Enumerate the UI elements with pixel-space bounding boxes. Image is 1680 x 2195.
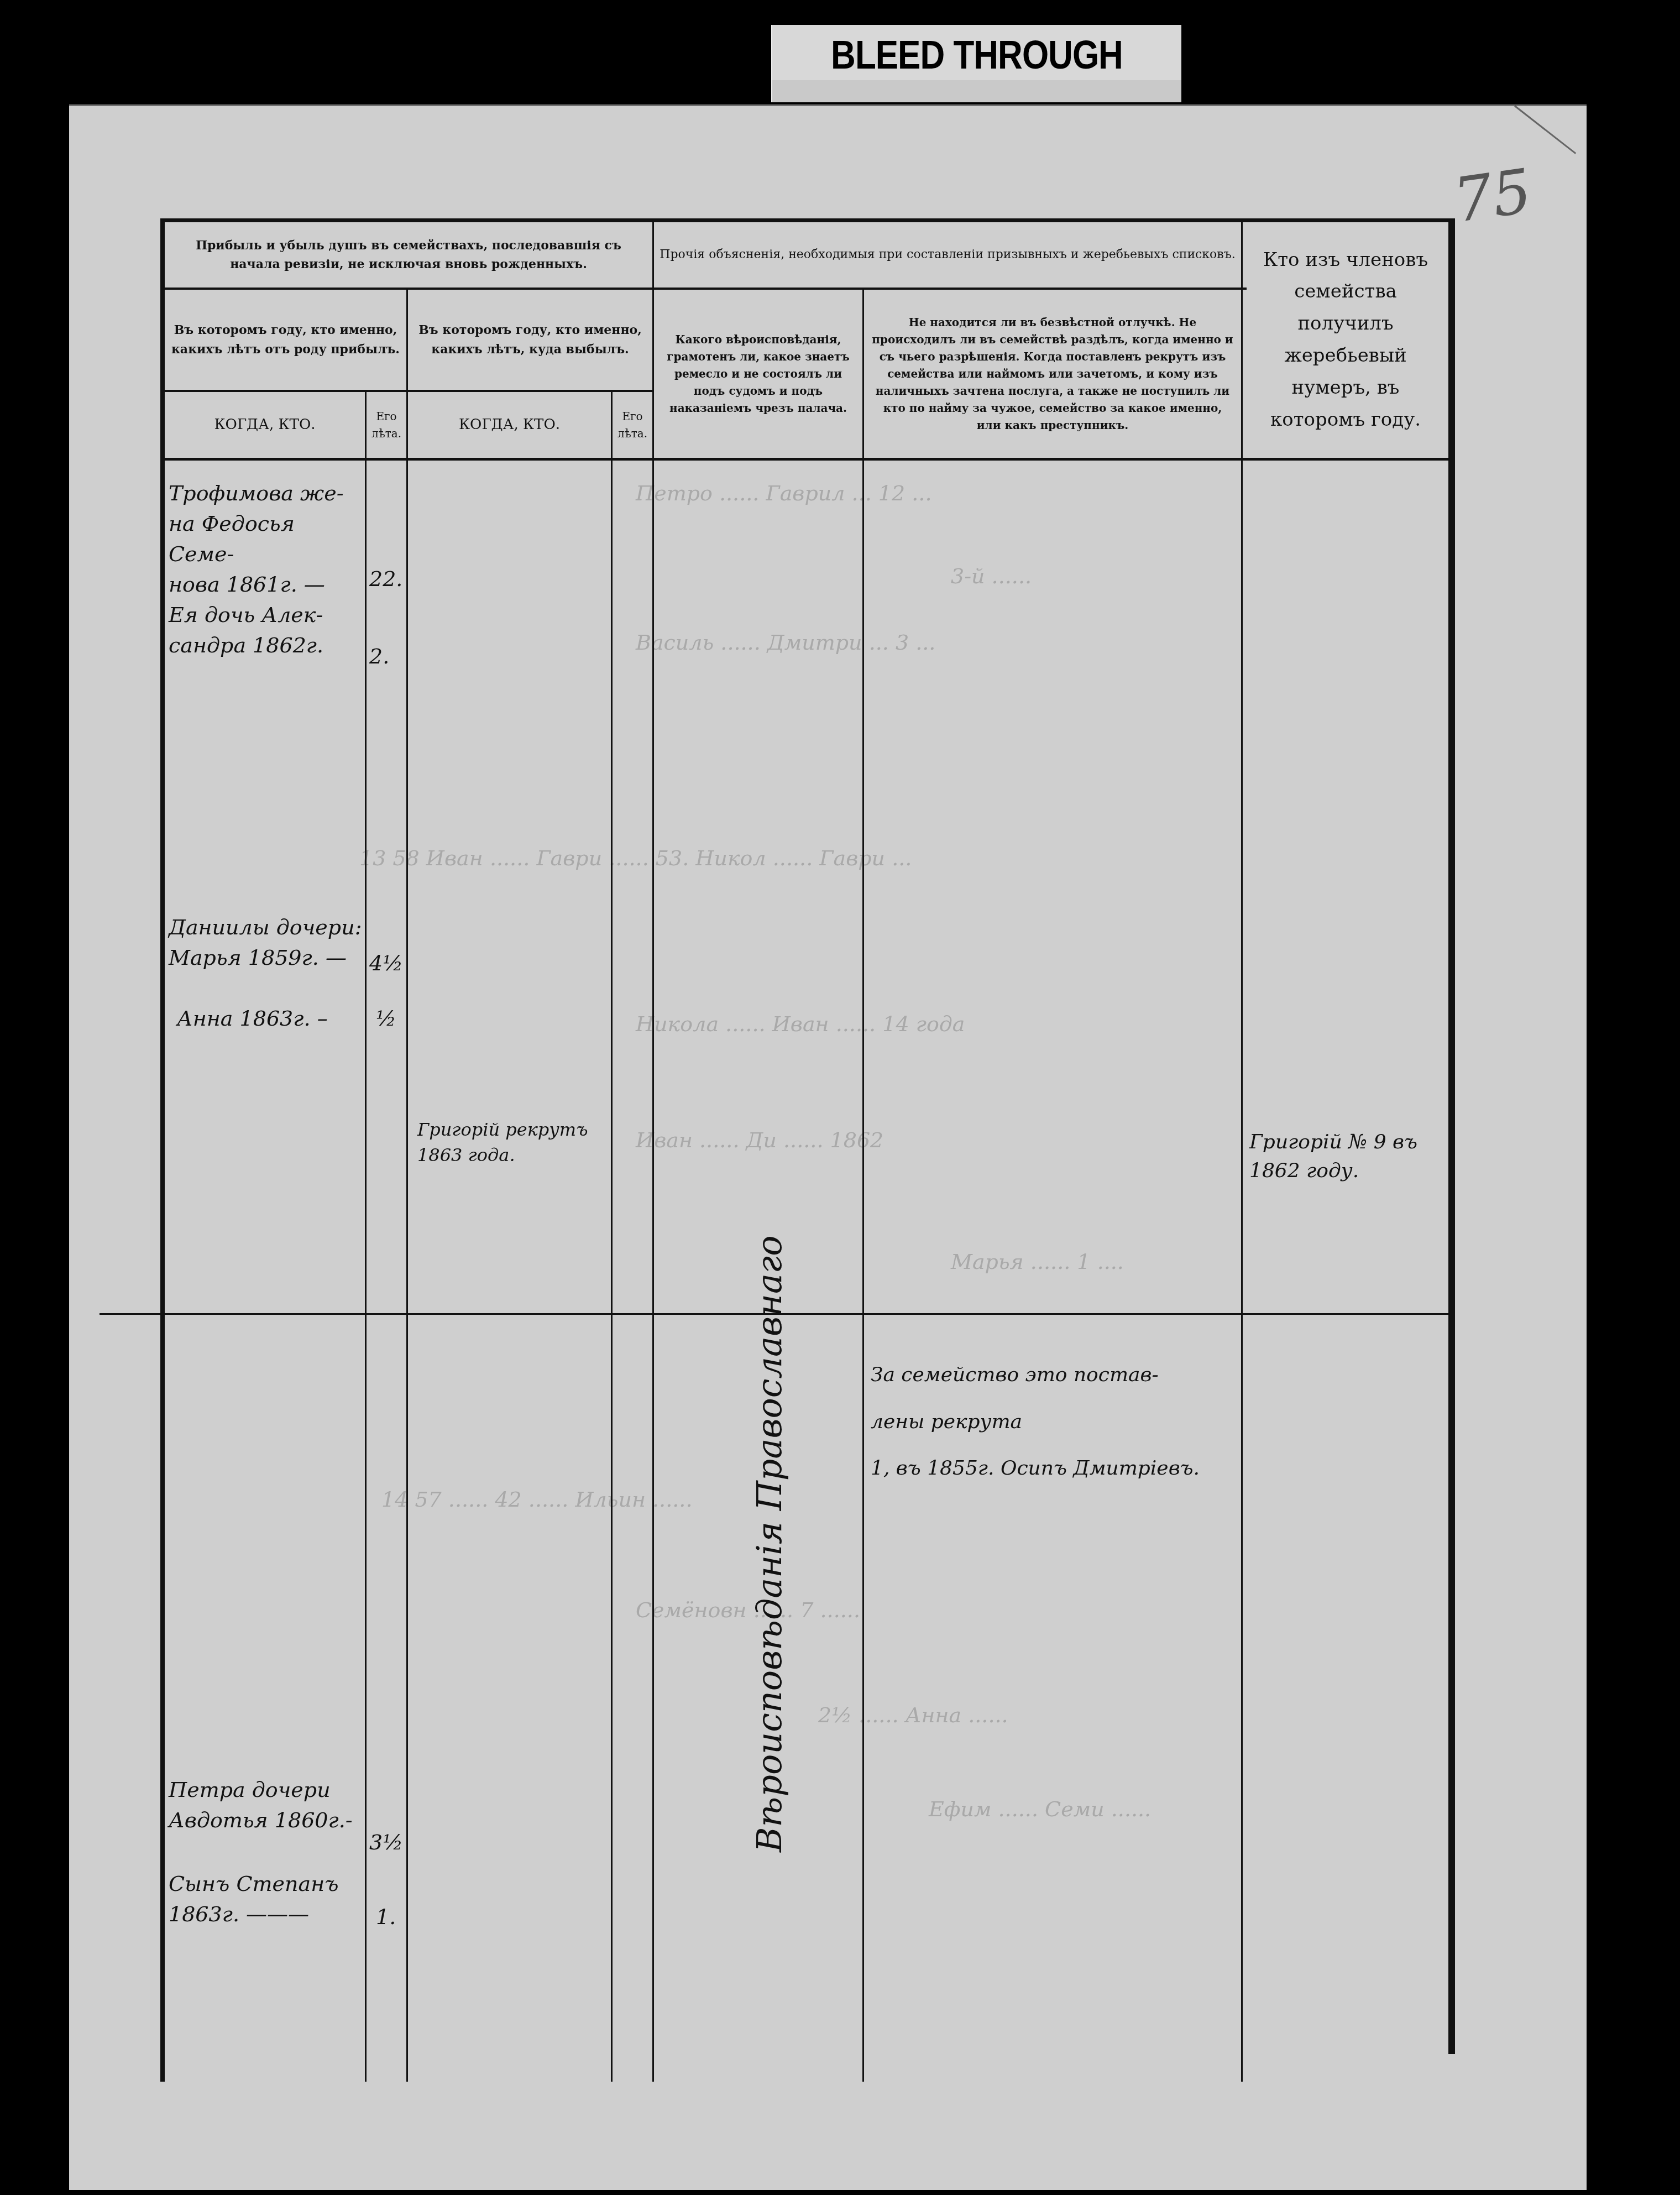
bleed-line: Семёновн ...... 7 ...... — [636, 1598, 860, 1622]
arrived-entry: Трофимова же- на Федосья Семе- нова 1861… — [169, 478, 365, 600]
arrived-age: 2. — [369, 644, 389, 668]
arrived-entry: Анна 1863г. – — [177, 1004, 365, 1034]
arrived-age: ½ — [376, 1006, 396, 1031]
bleed-line: Петро ...... Гаврил ... 12 ... — [636, 481, 932, 505]
header-when-who-departed: КОГДА, КТО. — [408, 392, 611, 458]
arrived-entry: Даниилы дочери: Марья 1859г. — — [169, 912, 365, 973]
bleed-line: 2½ ...... Анна ...... — [818, 1703, 1008, 1727]
header-age-departed: Его лѣта. — [613, 392, 652, 458]
arrived-age: 1. — [376, 1905, 396, 1929]
column-line — [862, 288, 864, 2082]
table-top-border — [160, 218, 1454, 222]
header-bottom-line — [160, 458, 1454, 461]
arrived-entry: Сынъ Степанъ 1863г. ——— — [169, 1869, 365, 1930]
arrived-age: 22. — [369, 567, 402, 591]
bleed-line: 13 58 Иван ...... Гаври ...... 53. Никол… — [359, 846, 912, 870]
header-age-arrived: Его лѣта. — [367, 392, 406, 458]
table-left-border — [160, 218, 165, 2082]
label-card-shadow — [772, 80, 1181, 102]
lottery-entry: Григорій № 9 въ 1862 году. — [1249, 1128, 1448, 1185]
arrived-age: 3½ — [369, 1830, 403, 1854]
bleed-line: Ефим ...... Семи ...... — [929, 1797, 1151, 1821]
arrived-entry: Ея дочь Алек- сандра 1862г. — [169, 600, 365, 661]
absence-note: За семейство это постав- лены рекрута 1,… — [871, 1352, 1252, 1492]
header-religion: Какого вѣроисповѣданія, грамотенъ ли, ка… — [654, 290, 862, 458]
arrived-entry: Петра дочери Авдотья 1860г.- — [169, 1775, 365, 1836]
header-lottery: Кто изъ членовъ семейства получилъ жереб… — [1243, 222, 1448, 458]
header-when-who-arrived: КОГДА, КТО. — [165, 392, 365, 458]
table-right-border — [1448, 218, 1455, 2054]
archive-label-text: BLEED THROUGH — [772, 33, 1181, 79]
bleed-line: Василь ...... Дмитри ... 3 ... — [636, 630, 935, 655]
header-arrived: Въ которомъ году, кто именно, какихъ лѣт… — [165, 290, 406, 390]
bleed-line: Иван ...... Ди ...... 1862 — [636, 1128, 883, 1152]
bleed-line: Никола ...... Иван ...... 14 года — [636, 1012, 965, 1036]
column-line — [611, 390, 613, 2082]
header-absence: Не находится ли въ безвѣстной отлучкѣ. Н… — [864, 290, 1241, 458]
bleed-line: 14 57 ...... 42 ...... Ильин ...... — [381, 1487, 693, 1512]
header-other-explanations: Прочія объясненія, необходимыя при соста… — [654, 222, 1241, 288]
header-departed: Въ которомъ году, кто именно, какихъ лѣт… — [408, 290, 652, 390]
header-gain-loss: Прибыль и убыль душъ въ семействахъ, пос… — [165, 222, 652, 288]
bleed-line: Марья ...... 1 .... — [951, 1250, 1124, 1274]
bleed-line: 3-й ...... — [951, 564, 1032, 588]
departed-entry: Григорій рекрутъ 1863 года. — [417, 1117, 611, 1168]
column-line — [652, 218, 654, 2082]
archive-label-card: BLEED THROUGH — [771, 25, 1181, 102]
column-line — [1241, 218, 1243, 2082]
religion-vertical-note: Вѣроисповѣданія Православнаго — [749, 1235, 789, 1852]
column-line — [365, 390, 367, 2082]
page-number: 75 — [1449, 155, 1536, 236]
arrived-age: 4½ — [369, 951, 403, 975]
column-line — [406, 288, 408, 2082]
